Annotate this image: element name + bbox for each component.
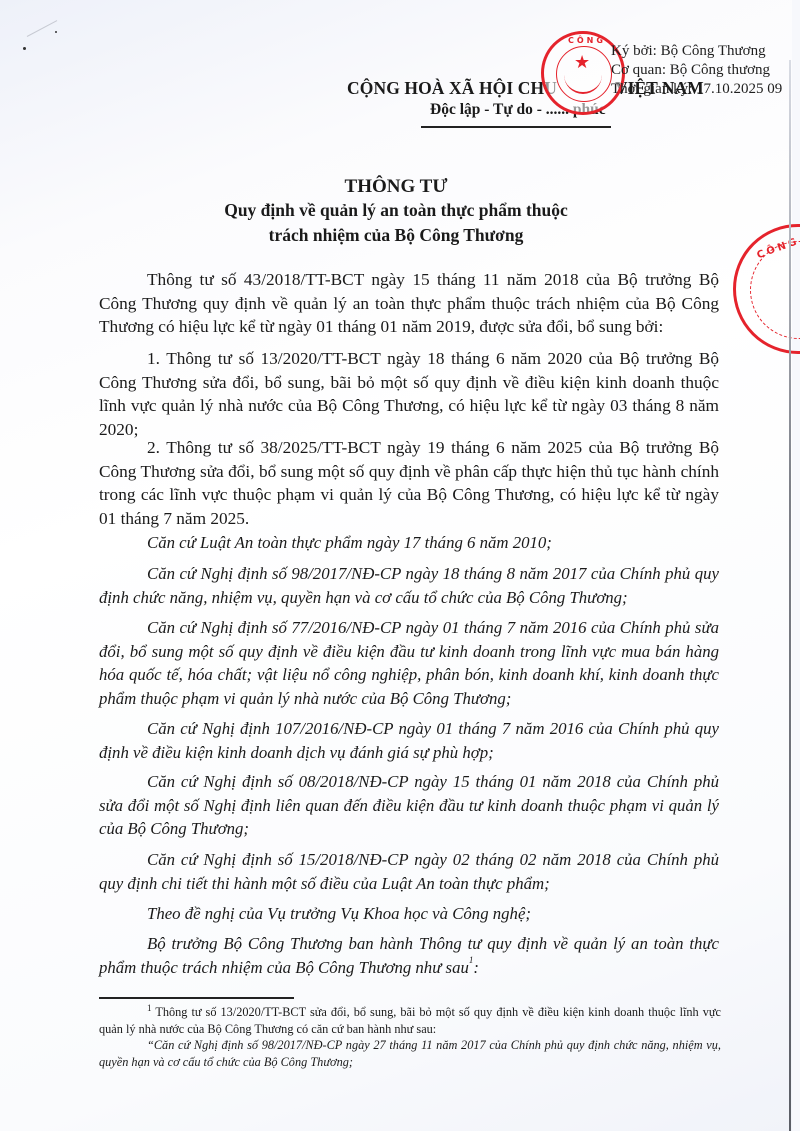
scan-artifact-dot: [23, 47, 26, 50]
document-page: CỘNG HOÀ XÃ HỘI CHU VIỆT NAM Độc lập - T…: [0, 0, 792, 1131]
signed-by: Ký bởi: Bộ Công Thương: [611, 42, 782, 61]
footnote-1: 1 Thông tư số 13/2020/TT-BCT sửa đổi, bổ…: [99, 1004, 721, 1037]
legal-basis-text: Căn cứ Nghị định số 15/2018/NĐ-CP ngày 0…: [99, 848, 719, 895]
signing-time: Thời gian ký: 17.10.2025 09: [611, 80, 782, 99]
legal-basis-item: Căn cứ Nghị định số 77/2016/NĐ-CP ngày 0…: [99, 616, 719, 710]
footnotes: 1 Thông tư số 13/2020/TT-BCT sửa đổi, bổ…: [99, 1004, 721, 1070]
scan-artifact-dot: [55, 31, 57, 33]
legal-basis-text: Căn cứ Nghị định số 98/2017/NĐ-CP ngày 1…: [99, 562, 719, 609]
subtitle-line: trách nhiệm của Bộ Công Thương: [0, 223, 792, 248]
enactment-body: Bộ trưởng Bộ Công Thương ban hành Thông …: [99, 934, 719, 977]
legal-basis-text: Căn cứ Nghị định số 77/2016/NĐ-CP ngày 0…: [99, 616, 719, 710]
legal-basis-text: Theo đề nghị của Vụ trưởng Vụ Khoa học v…: [99, 902, 719, 926]
motto-underline: [421, 126, 611, 128]
amendment-text: 1. Thông tư số 13/2020/TT-BCT ngày 18 th…: [99, 347, 719, 441]
amendment-item: 1. Thông tư số 13/2020/TT-BCT ngày 18 th…: [99, 347, 719, 441]
document-type: THÔNG TƯ: [0, 176, 792, 198]
amendment-item: 2. Thông tư số 38/2025/TT-BCT ngày 19 th…: [99, 436, 719, 530]
enactment-colon: :: [473, 958, 479, 977]
national-name: CỘNG HOÀ XÃ HỘI CHU: [347, 78, 557, 99]
digital-signature-block: Ký bởi: Bộ Công Thương Cơ quan: Bộ Công …: [611, 42, 782, 99]
legal-basis-item: Căn cứ Nghị định 107/2016/NĐ-CP ngày 01 …: [99, 717, 719, 764]
legal-basis-text: Căn cứ Luật An toàn thực phẩm ngày 17 th…: [99, 531, 719, 555]
footnote-marker: 1: [147, 1003, 152, 1013]
enactment-text: Bộ trưởng Bộ Công Thương ban hành Thông …: [99, 932, 719, 979]
page-edge-shadow: [789, 60, 791, 1131]
legal-basis-item: Căn cứ Nghị định số 15/2018/NĐ-CP ngày 0…: [99, 848, 719, 895]
legal-basis-item: Căn cứ Luật An toàn thực phẩm ngày 17 th…: [99, 531, 719, 555]
seal-ring-text: CÔNG: [568, 36, 606, 45]
amendment-text: 2. Thông tư số 38/2025/TT-BCT ngày 19 th…: [99, 436, 719, 530]
enactment-clause: Bộ trưởng Bộ Công Thương ban hành Thông …: [99, 932, 719, 979]
subtitle-line: Quy định về quản lý an toàn thực phẩm th…: [0, 198, 792, 223]
legal-basis-item: Căn cứ Nghị định số 08/2018/NĐ-CP ngày 1…: [99, 770, 719, 841]
document-subtitle: Quy định về quản lý an toàn thực phẩm th…: [0, 198, 792, 248]
legal-basis-text: Căn cứ Nghị định 107/2016/NĐ-CP ngày 01 …: [99, 717, 719, 764]
legal-basis-text: Căn cứ Nghị định số 08/2018/NĐ-CP ngày 1…: [99, 770, 719, 841]
intro-text: Thông tư số 43/2018/TT-BCT ngày 15 tháng…: [99, 268, 719, 339]
footnote-quote: “Căn cứ Nghị định số 98/2017/NĐ-CP ngày …: [99, 1037, 721, 1070]
scan-artifact-line: [27, 20, 57, 37]
signing-agency: Cơ quan: Bộ Công thương: [611, 61, 782, 80]
footnote-separator: [99, 997, 294, 999]
legal-basis-item: Theo đề nghị của Vụ trưởng Vụ Khoa học v…: [99, 902, 719, 926]
intro-paragraph: Thông tư số 43/2018/TT-BCT ngày 15 tháng…: [99, 268, 719, 339]
legal-basis-item: Căn cứ Nghị định số 98/2017/NĐ-CP ngày 1…: [99, 562, 719, 609]
star-icon: ★: [574, 52, 590, 73]
footnote-text: Thông tư số 13/2020/TT-BCT sửa đổi, bổ s…: [99, 1005, 721, 1036]
